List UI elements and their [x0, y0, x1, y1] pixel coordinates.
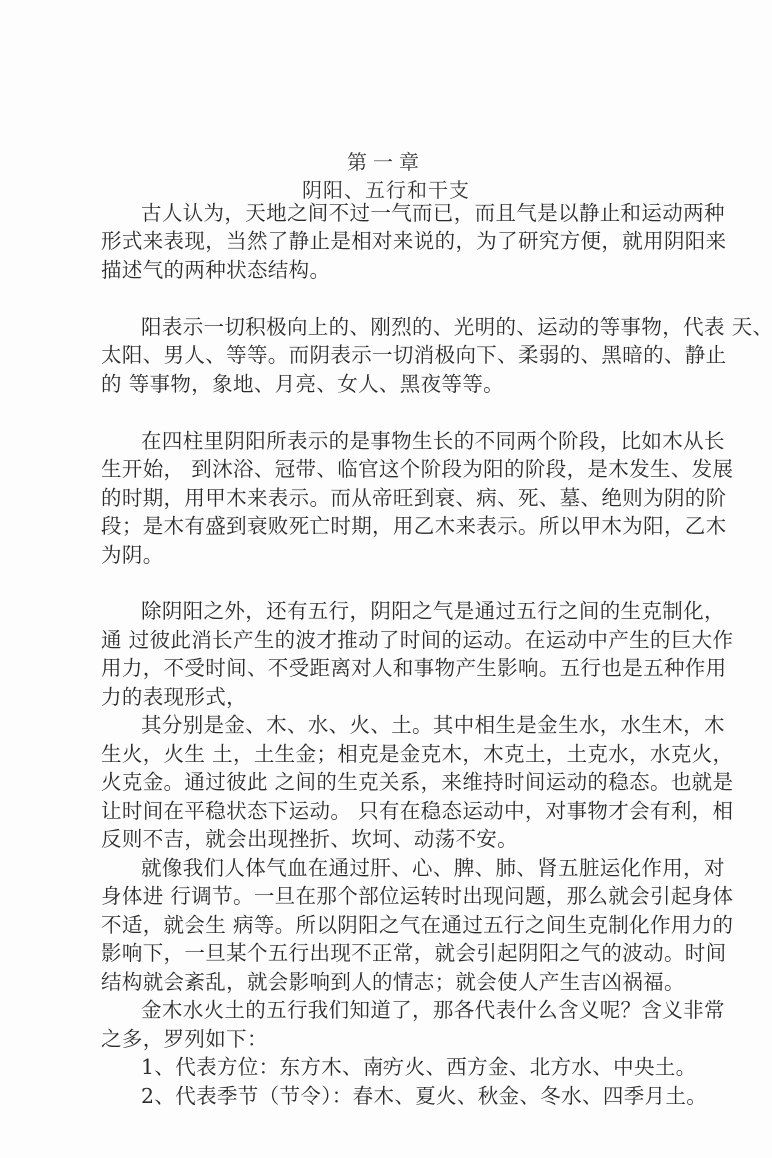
document-page: 第一章 阴阳、五行和干支 古人认为，天地之间不过一气而已，而且气是以静止和运动两… — [0, 0, 772, 1158]
text-line: 用力，不受时间、不受距离对人和事物产生影响。五行也是五种作用 — [101, 654, 661, 682]
text-line: 古人认为，天地之间不过一气而已，而且气是以静止和运动两种 — [141, 199, 661, 227]
text-line: 身体进 行调节。一旦在那个部位运转时出现问题，那么就会引起身体 — [101, 882, 661, 910]
text-line: 之多，罗列如下： — [101, 1025, 661, 1053]
text-line: 影响下，一旦某个五行出现不正常，就会引起阴阳之气的波动。时间 — [101, 939, 661, 967]
text-line: 在四柱里阴阳所表示的是事物生长的不同两个阶段，比如木从长 — [141, 427, 661, 455]
text-line: 2、代表季节（节令）：春木、夏火、秋金、冬水、四季月土。 — [141, 1082, 661, 1110]
text-line: 力的表现形式， — [101, 683, 661, 711]
text-line: 的时期，用甲木来表示。而从帝旺到衰、病、死、墓、绝则为阴的阶 — [101, 484, 661, 512]
text-line: 不适，就会生 病等。所以阴阳之气在通过五行之间生克制化作用力的 — [101, 911, 661, 939]
text-line: 生火，火生 土，土生金；相克是金克木，木克土，土克水，水克火， — [101, 740, 661, 768]
text-line: 结构就会紊乱，就会影响到人的情志；就会使人产生吉凶祸福。 — [101, 968, 661, 996]
text-line: 生开始， 到沐浴、冠带、临官这个阶段为阳的阶段，是木发生、发展 — [101, 455, 661, 483]
text-line: 金木水火土的五行我们知道了，那各代表什么含义呢？含义非常 — [141, 996, 661, 1024]
text-line: 除阴阳之外，还有五行，阴阳之气是通过五行之间的生克制化， — [141, 597, 661, 625]
chapter-number: 第一章 — [0, 146, 772, 175]
text-line: 描述气的两种状态结构。 — [101, 256, 661, 284]
text-line: 太阳、男人、等等。而阴表示一切消极向下、柔弱的、黑暗的、静止 — [101, 341, 661, 369]
text-line: 段；是木有盛到衰败死亡时期，用乙木来表示。所以甲木为阳，乙木 — [101, 512, 661, 540]
text-line: 为阴。 — [101, 541, 661, 569]
text-line: 让时间在平稳状态下运动。 只有在稳态运动中，对事物才会有利，相 — [101, 797, 661, 825]
text-line: 的 等事物，象地、月亮、女人、黑夜等等。 — [101, 370, 661, 398]
text-line: 火克金。通过彼此 之间的生克关系，来维持时间运动的稳态。也就是 — [101, 768, 661, 796]
text-line: 反则不吉，就会出现挫折、坎坷、动荡不安。 — [101, 825, 661, 853]
page-number: - 2 - — [0, 1060, 772, 1072]
text-line: 阳表示一切积极向上的、刚烈的、光明的、运动的等事物，代表 天、 — [141, 313, 661, 341]
text-line: 就像我们人体气血在通过肝、心、脾、肺、肾五脏运化作用，对 — [141, 854, 661, 882]
text-line: 通 过彼此消长产生的波才推动了时间的运动。在运动中产生的巨大作 — [101, 626, 661, 654]
text-line: 其分别是金、木、水、火、土。其中相生是金生水，水生木，木 — [141, 711, 661, 739]
text-line: 形式来表现，当然了静止是相对来说的，为了研究方便，就用阴阳来 — [101, 227, 661, 255]
